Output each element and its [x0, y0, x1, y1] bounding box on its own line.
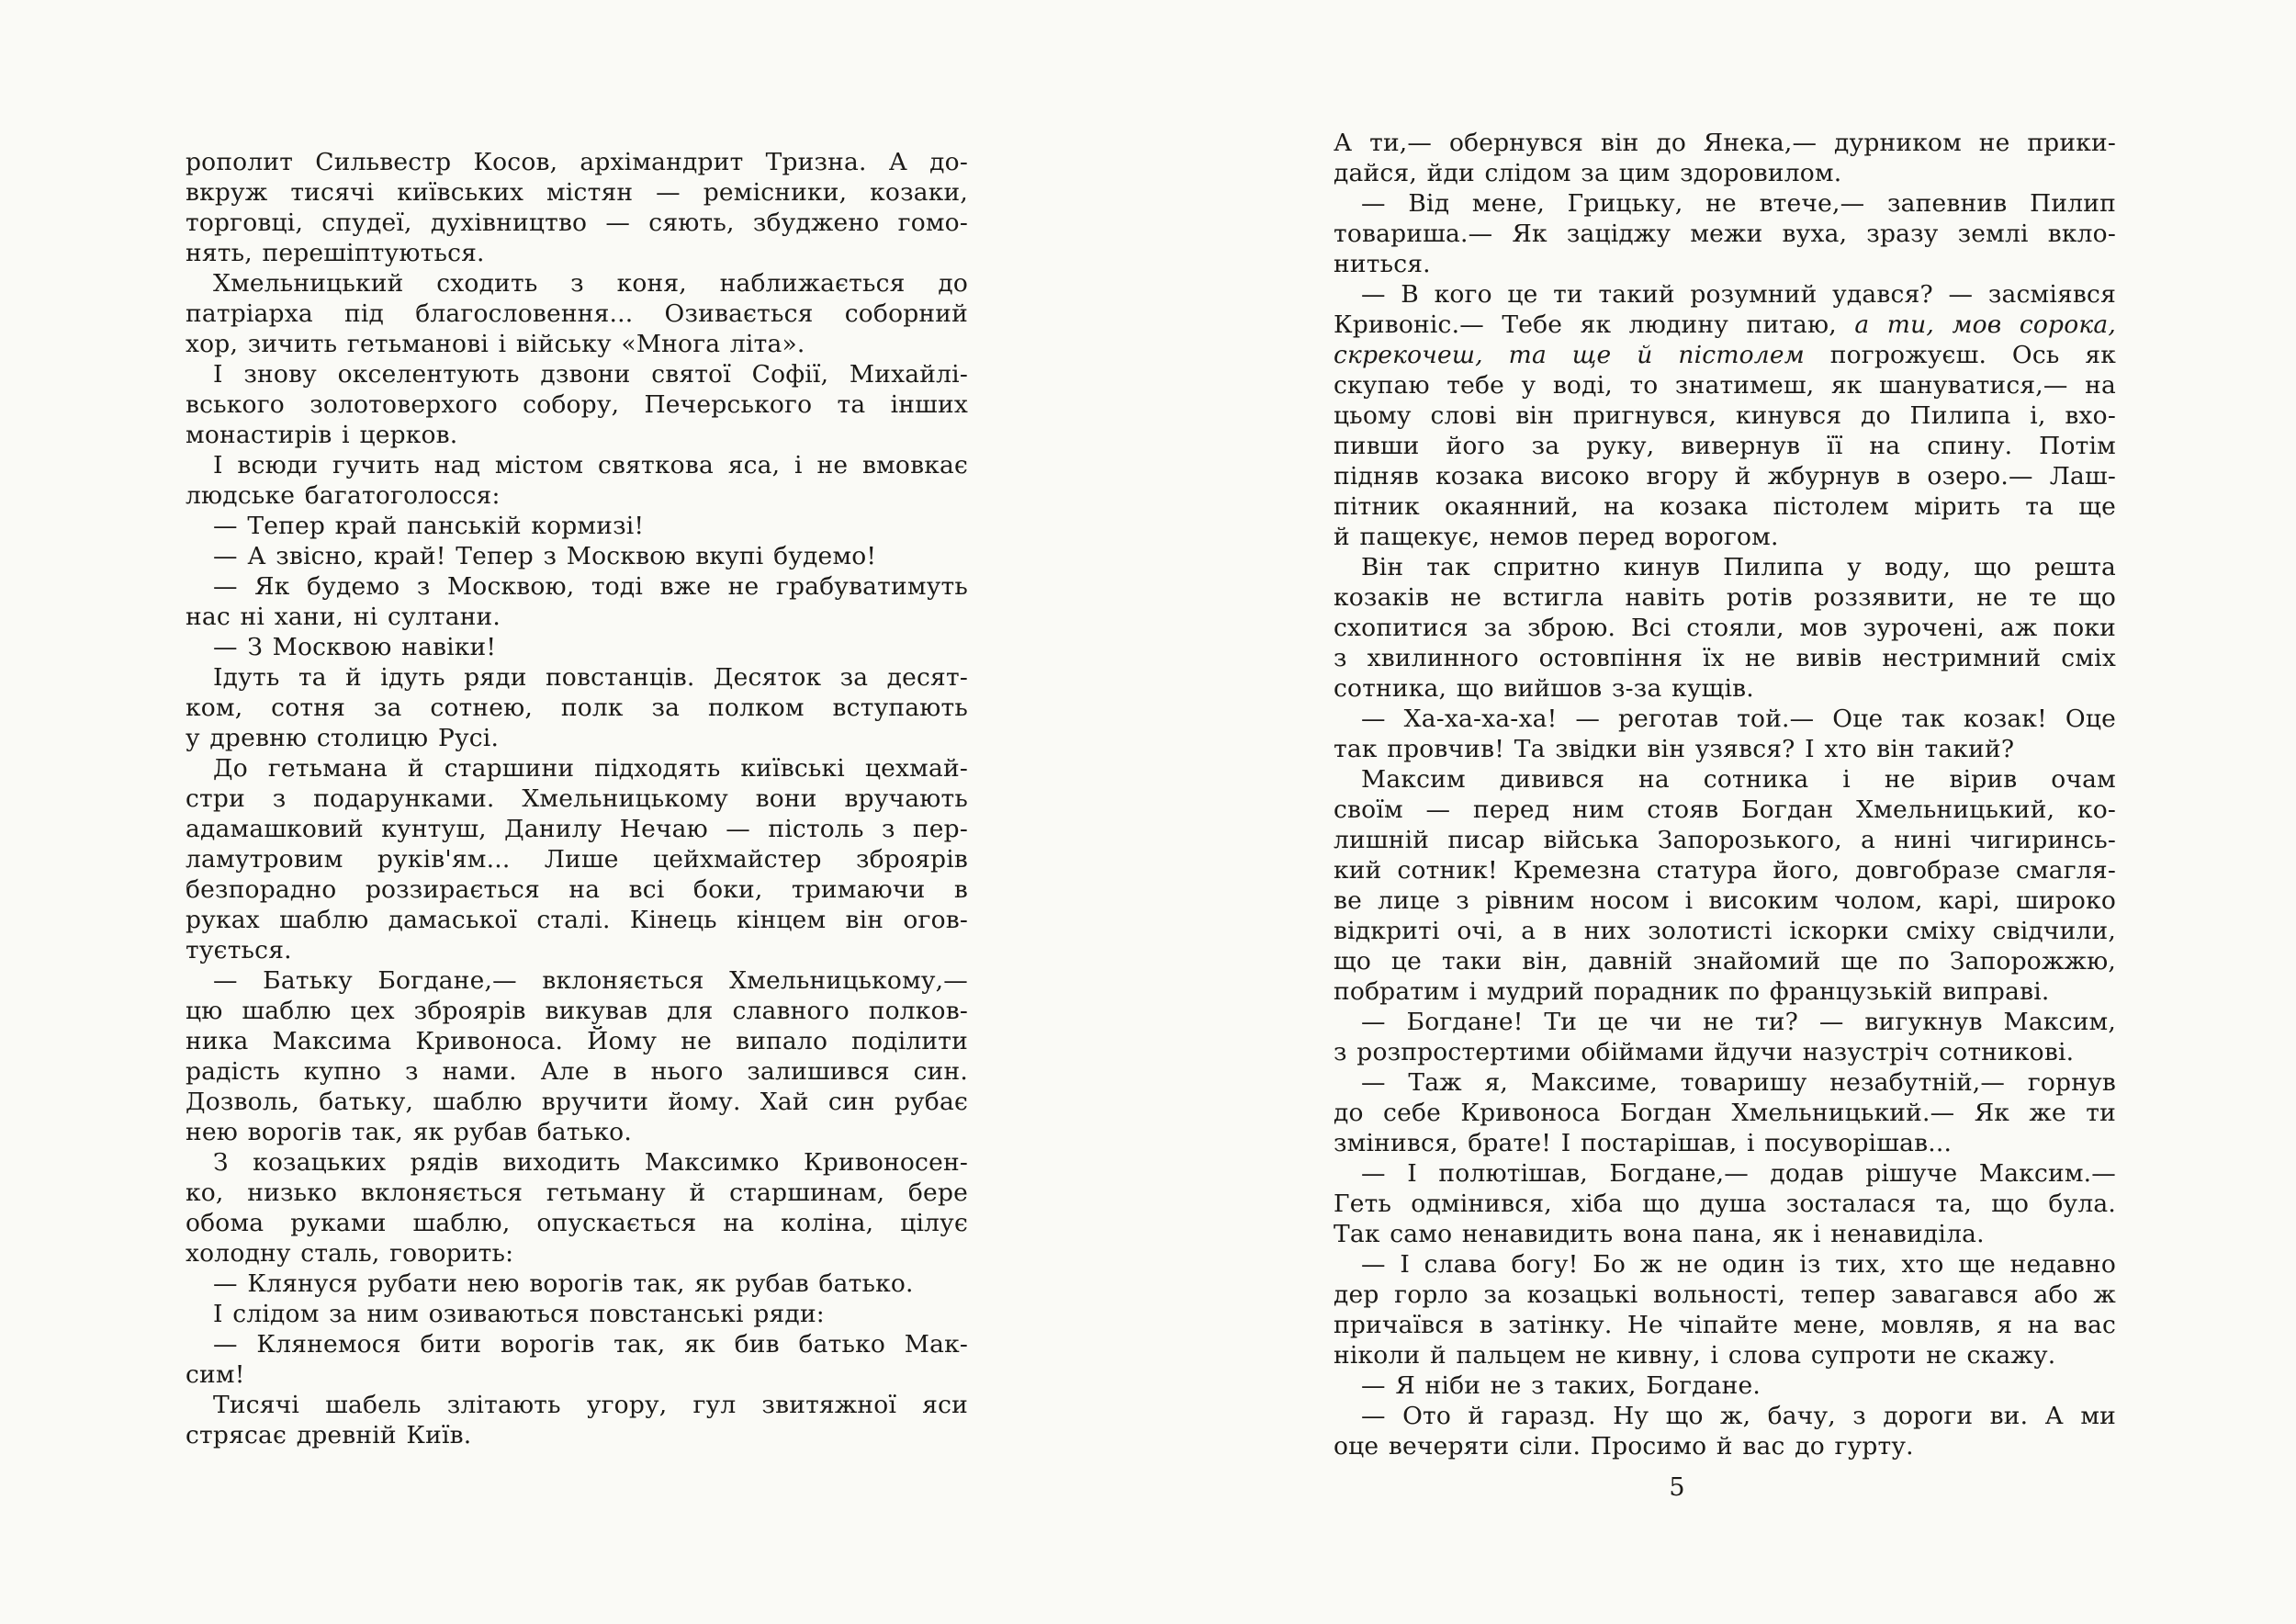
text-line: Тисячі шабель злітають угору, гул звитяж… [186, 1390, 968, 1420]
text-line: побратим і мудрий порадник по французькі… [1334, 976, 2116, 1007]
text-line: підняв козака високо вгору й жбурнув в о… [1334, 461, 2116, 491]
text-line: патріарха під благословення... Озиваєтьс… [186, 299, 968, 329]
text-line: стри з подарунками. Хмельницькому вони в… [186, 784, 968, 814]
text-line: — Таж я, Максиме, товаришу незабутній,— … [1334, 1067, 2116, 1098]
text-line: кий сотник! Кремезна статура його, довго… [1334, 855, 2116, 885]
text-line: Дозволь, батьку, шаблю вручити йому. Хай… [186, 1087, 968, 1117]
text-line: — І полютішав, Богдане,— додав рішуче Ма… [1334, 1158, 2116, 1189]
text-line: у древню столицю Русі. [186, 723, 968, 753]
text-line: з хвилинного остовпіння їх не вивів нест… [1334, 643, 2116, 673]
text-line: ніколи й пальцем не кивну, і слова супро… [1334, 1340, 2116, 1370]
text-line: до себе Кривоноса Богдан Хмельницький.— … [1334, 1098, 2116, 1128]
text-line: І слідом за ним озиваються повстанські р… [186, 1299, 968, 1329]
text-line: З козацьких рядів виходить Максимко Крив… [186, 1147, 968, 1178]
text-line: Кривоніс.— Тебе як людину питаю, а ти, м… [1334, 310, 2116, 340]
text-line: відкриті очі, а в них золотисті іскорки … [1334, 916, 2116, 946]
text-line: Ідуть та й ідуть ряди повстанців. Десято… [186, 662, 968, 693]
text-line: скрекочеш, та ще й пістолем погрожуєш. О… [1334, 340, 2116, 370]
text-line: з розпростертими обіймами йдучи назустрі… [1334, 1037, 2116, 1067]
text-line: що це таки він, давній знайомий ще по За… [1334, 946, 2116, 976]
text-line: людське багатоголосся: [186, 480, 968, 511]
text-line: І знову окселентують дзвони святої Софії… [186, 359, 968, 389]
text-line: торговці, спудеї, духівництво — сяють, з… [186, 208, 968, 238]
text-line: оце вечеряти сіли. Просимо й вас до гурт… [1334, 1431, 2116, 1461]
text-line: й пащекує, немов перед ворогом. [1334, 522, 2116, 552]
text-line: товариша.— Як заціджу межи вуха, зразу з… [1334, 219, 2116, 249]
text-line: хор, зичить гетьманові і війську «Многа … [186, 329, 968, 359]
text-line: рополит Сильвестр Косов, архімандрит Три… [186, 147, 968, 177]
text-line: цю шаблю цех зброярів викував для славно… [186, 996, 968, 1026]
text-line: своїм — перед ним стояв Богдан Хмельниць… [1334, 795, 2116, 825]
text-line: — Богдане! Ти це чи не ти? — вигукнув Ма… [1334, 1007, 2116, 1037]
text-line: пивши його за руку, вивернув її на спину… [1334, 431, 2116, 461]
text-line: — Від мене, Грицьку, не втече,— запевнив… [1334, 188, 2116, 219]
text-line: скупаю тебе у воді, то знатимеш, як шану… [1334, 370, 2116, 400]
text-line: безпорадно роззирається на всі боки, три… [186, 874, 968, 905]
text-line: радість купно з нами. Але в нього залиши… [186, 1056, 968, 1087]
text-line: змінився, брате! І постарішав, і посувор… [1334, 1128, 2116, 1158]
text-line: вкруж тисячі київських містян — ремісник… [186, 177, 968, 208]
text-line: вського золотоверхого собору, Печерськог… [186, 389, 968, 420]
right-page-text: А ти,— обернувся він до Янека,— дурником… [1334, 128, 2116, 1461]
text-line: монастирів і церков. [186, 420, 968, 450]
text-line: Максим дивився на сотника і не вірив оча… [1334, 764, 2116, 795]
text-line: — А звісно, край! Тепер з Москвою вкупі … [186, 541, 968, 571]
text-line: Так само ненавидить вона пана, як і нена… [1334, 1219, 2116, 1249]
text-line: цьому слові він пригнувся, кинувся до Пи… [1334, 400, 2116, 431]
text-line: нас ні хани, ні султани. [186, 602, 968, 632]
text-line: причаївся в затінку. Не чіпайте мене, мо… [1334, 1310, 2116, 1340]
text-line: — Ха-ха-ха-ха! — реготав той.— Оце так к… [1334, 704, 2116, 734]
text-line: — І слава богу! Бо ж не один із тих, хто… [1334, 1249, 2116, 1280]
text-line: пітник окаянний, на козака пістолем міри… [1334, 491, 2116, 522]
text-line: — В кого це ти такий розумний удався? — … [1334, 279, 2116, 310]
text-line: нею ворогів так, як рубав батько. [186, 1117, 968, 1147]
text-line: А ти,— обернувся він до Янека,— дурником… [1334, 128, 2116, 158]
text-line: До гетьмана й старшини підходять київськ… [186, 753, 968, 784]
text-line: холодну сталь, говорить: [186, 1238, 968, 1269]
text-line: Хмельницький сходить з коня, наближаєтьс… [186, 268, 968, 299]
text-line: — Ото й гаразд. Ну що ж, бачу, з дороги … [1334, 1401, 2116, 1431]
text-line: І всюди гучить над містом святкова яса, … [186, 450, 968, 480]
text-line: так провчив! Та звідки він узявся? І хто… [1334, 734, 2116, 764]
text-line: — Батьку Богдане,— вклоняється Хмельниць… [186, 965, 968, 996]
text-line: — З Москвою навіки! [186, 632, 968, 662]
left-page-text: рополит Сильвестр Косов, архімандрит Три… [186, 147, 968, 1450]
book-spread: рополит Сильвестр Косов, архімандрит Три… [0, 0, 2296, 1624]
text-line: стрясає древній Київ. [186, 1420, 968, 1450]
text-line: — Клянемося бити ворогів так, як бив бат… [186, 1329, 968, 1359]
text-line: ко, низько вклоняється гетьману й старши… [186, 1178, 968, 1208]
text-line: козаків не встигла навіть ротів роззявит… [1334, 582, 2116, 613]
text-line: — Тепер край панській кормизі! [186, 511, 968, 541]
text-line: Геть одмінився, хіба що душа зосталася т… [1334, 1189, 2116, 1219]
text-line: — Як будемо з Москвою, тоді вже не грабу… [186, 571, 968, 602]
text-line: обома руками шаблю, опускається на колін… [186, 1208, 968, 1238]
text-phrase: погрожуєш. Ось як [1805, 341, 2116, 369]
text-line: — Я ніби не з таких, Богдане. [1334, 1370, 2116, 1401]
text-line: — Клянуся рубати нею ворогів так, як руб… [186, 1269, 968, 1299]
text-line: ламутровим руків'ям... Лише цейхмайстер … [186, 844, 968, 874]
text-line: руках шаблю дамаської сталі. Кінець кінц… [186, 905, 968, 935]
text-line: ниться. [1334, 249, 2116, 279]
text-line: адамашковий кунтуш, Данилу Нечаю — пісто… [186, 814, 968, 844]
text-line: ве лице з рівним носом і високим чолом, … [1334, 885, 2116, 916]
text-line: сотника, що вийшов з-за кущів. [1334, 673, 2116, 704]
text-line: сим! [186, 1359, 968, 1390]
italic-phrase: а ти, мов сорока, [1854, 310, 2116, 339]
italic-phrase: скрекочеш, та ще й пістолем [1334, 341, 1805, 369]
text-line: тується. [186, 935, 968, 965]
text-line: Він так спритно кинув Пилипа у воду, що … [1334, 552, 2116, 582]
text-phrase: Кривоніс.— Тебе як людину питаю, [1334, 310, 1854, 339]
text-line: дер горло за козацькі вольності, тепер з… [1334, 1280, 2116, 1310]
text-line: ком, сотня за сотнею, полк за полком вст… [186, 693, 968, 723]
text-line: ника Максима Кривоноса. Йому не випало п… [186, 1026, 968, 1056]
page-number: 5 [1653, 1473, 1701, 1502]
text-line: лишній писар війська Запорозького, а нин… [1334, 825, 2116, 855]
text-line: схопитися за зброю. Всі стояли, мов зуро… [1334, 613, 2116, 643]
text-line: дайся, йди слідом за цим здоровилом. [1334, 158, 2116, 188]
text-line: нять, перешіптуються. [186, 238, 968, 268]
